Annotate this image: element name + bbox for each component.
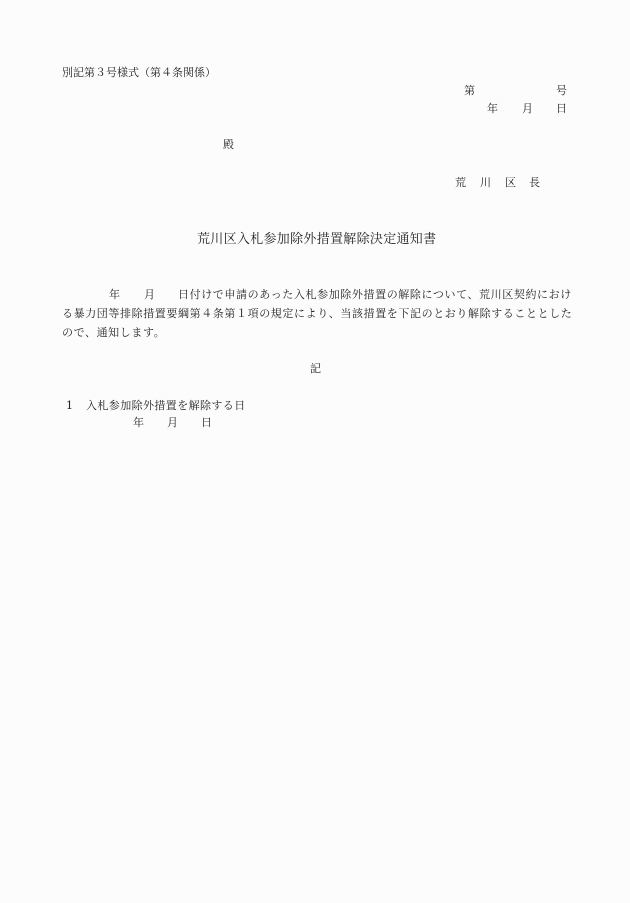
date-year: 年 xyxy=(487,102,498,116)
item-date-day: 日 xyxy=(201,416,212,430)
body-month: 月 xyxy=(144,288,155,302)
ki-heading: 記 xyxy=(310,362,321,376)
body-line-3: ので、通知します。 xyxy=(62,326,165,340)
number-prefix: 第 xyxy=(464,84,475,98)
body-year: 年 xyxy=(109,288,120,302)
document-title: 荒川区入札参加除外措置解除決定通知書 xyxy=(197,233,436,247)
item-label: 入札参加除外措置を解除する日 xyxy=(86,399,246,413)
item-date-month: 月 xyxy=(167,416,178,430)
item-number: 1 xyxy=(66,399,73,413)
body-line-1: 日付けで申請のあった入札参加除外措置の解除について、荒川区契約におけ xyxy=(178,288,572,302)
date-month: 月 xyxy=(522,102,533,116)
form-label: 別記第３号様式（第４条関係） xyxy=(62,66,216,80)
item-date-year: 年 xyxy=(133,416,144,430)
sender-char: 長 xyxy=(529,176,540,190)
sender-char: 区 xyxy=(505,176,516,190)
date-day: 日 xyxy=(556,102,567,116)
body-line-2: る暴力団等排除措置要綱第４条第１項の規定により、当該措置を下記のとおり解除するこ… xyxy=(62,307,572,321)
sender-char: 川 xyxy=(480,176,491,190)
addressee-suffix: 殿 xyxy=(223,138,234,152)
sender-char: 荒 xyxy=(455,176,466,190)
number-suffix: 号 xyxy=(556,84,567,98)
